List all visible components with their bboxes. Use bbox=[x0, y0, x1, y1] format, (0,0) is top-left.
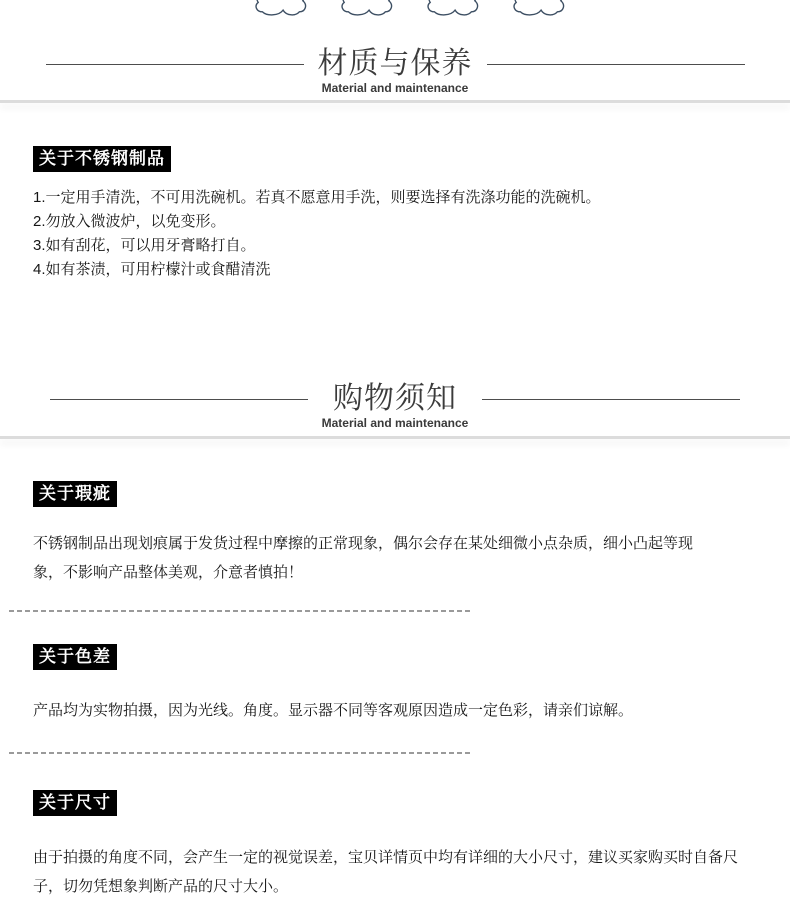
section-stainless-care: 关于不锈钢制品 1.一定用手清洗，不可用洗碗机。若真不愿意用手洗，则要选择有洗涤… bbox=[0, 103, 790, 282]
color-difference-badge: 关于色差 bbox=[33, 644, 117, 670]
cloud-icon bbox=[425, 0, 480, 17]
header-line-left bbox=[50, 399, 308, 400]
care-list-item: 4.如有茶渍，可用柠檬汁或食醋清洗 bbox=[33, 258, 760, 282]
section-title: 购物须知 bbox=[322, 383, 469, 415]
header-line-left bbox=[46, 64, 304, 65]
cloud-icon bbox=[339, 0, 394, 17]
flaw-text: 不锈钢制品出现划痕属于发货过程中摩擦的正常现象，偶尔会存在某处细微小点杂质，细小… bbox=[33, 529, 693, 587]
section-subtitle: Material and maintenance bbox=[318, 82, 473, 95]
clouds-strip bbox=[253, 0, 566, 17]
section-header-material: 材质与保养 Material and maintenance bbox=[0, 48, 790, 95]
product-detail-page: 材质与保养 Material and maintenance 关于不锈钢制品 1… bbox=[0, 0, 790, 913]
section-header-shopping: 购物须知 Material and maintenance bbox=[0, 383, 790, 430]
care-list: 1.一定用手清洗，不可用洗碗机。若真不愿意用手洗，则要选择有洗涤功能的洗碗机。 … bbox=[33, 186, 760, 282]
care-list-item: 2.勿放入微波炉，以免变形。 bbox=[33, 210, 760, 234]
header-titles: 购物须知 Material and maintenance bbox=[322, 383, 469, 430]
dashed-divider bbox=[9, 752, 471, 754]
size-text: 由于拍摄的角度不同，会产生一定的视觉误差，宝贝详情页中均有详细的大小尺寸，建议买… bbox=[33, 843, 745, 901]
flaw-badge: 关于瑕疵 bbox=[33, 481, 117, 507]
care-list-item: 3.如有刮花，可以用牙膏略打自。 bbox=[33, 234, 760, 258]
header-titles: 材质与保养 Material and maintenance bbox=[318, 48, 473, 95]
stainless-badge: 关于不锈钢制品 bbox=[33, 146, 171, 172]
size-badge: 关于尺寸 bbox=[33, 790, 117, 816]
care-list-item: 1.一定用手清洗，不可用洗碗机。若真不愿意用手洗，则要选择有洗涤功能的洗碗机。 bbox=[33, 186, 760, 210]
header-line-right bbox=[482, 399, 740, 400]
section-shopping-notes: 关于瑕疵 不锈钢制品出现划痕属于发货过程中摩擦的正常现象，偶尔会存在某处细微小点… bbox=[0, 439, 790, 901]
section-title: 材质与保养 bbox=[318, 48, 473, 80]
header-line-right bbox=[487, 64, 745, 65]
section-subtitle: Material and maintenance bbox=[322, 417, 469, 430]
color-difference-text: 产品均为实物拍摄，因为光线。角度。显示器不同等客观原因造成一定色彩，请亲们谅解。 bbox=[33, 696, 745, 725]
dashed-divider bbox=[9, 610, 471, 612]
cloud-icon bbox=[253, 0, 308, 17]
cloud-icon bbox=[511, 0, 566, 17]
